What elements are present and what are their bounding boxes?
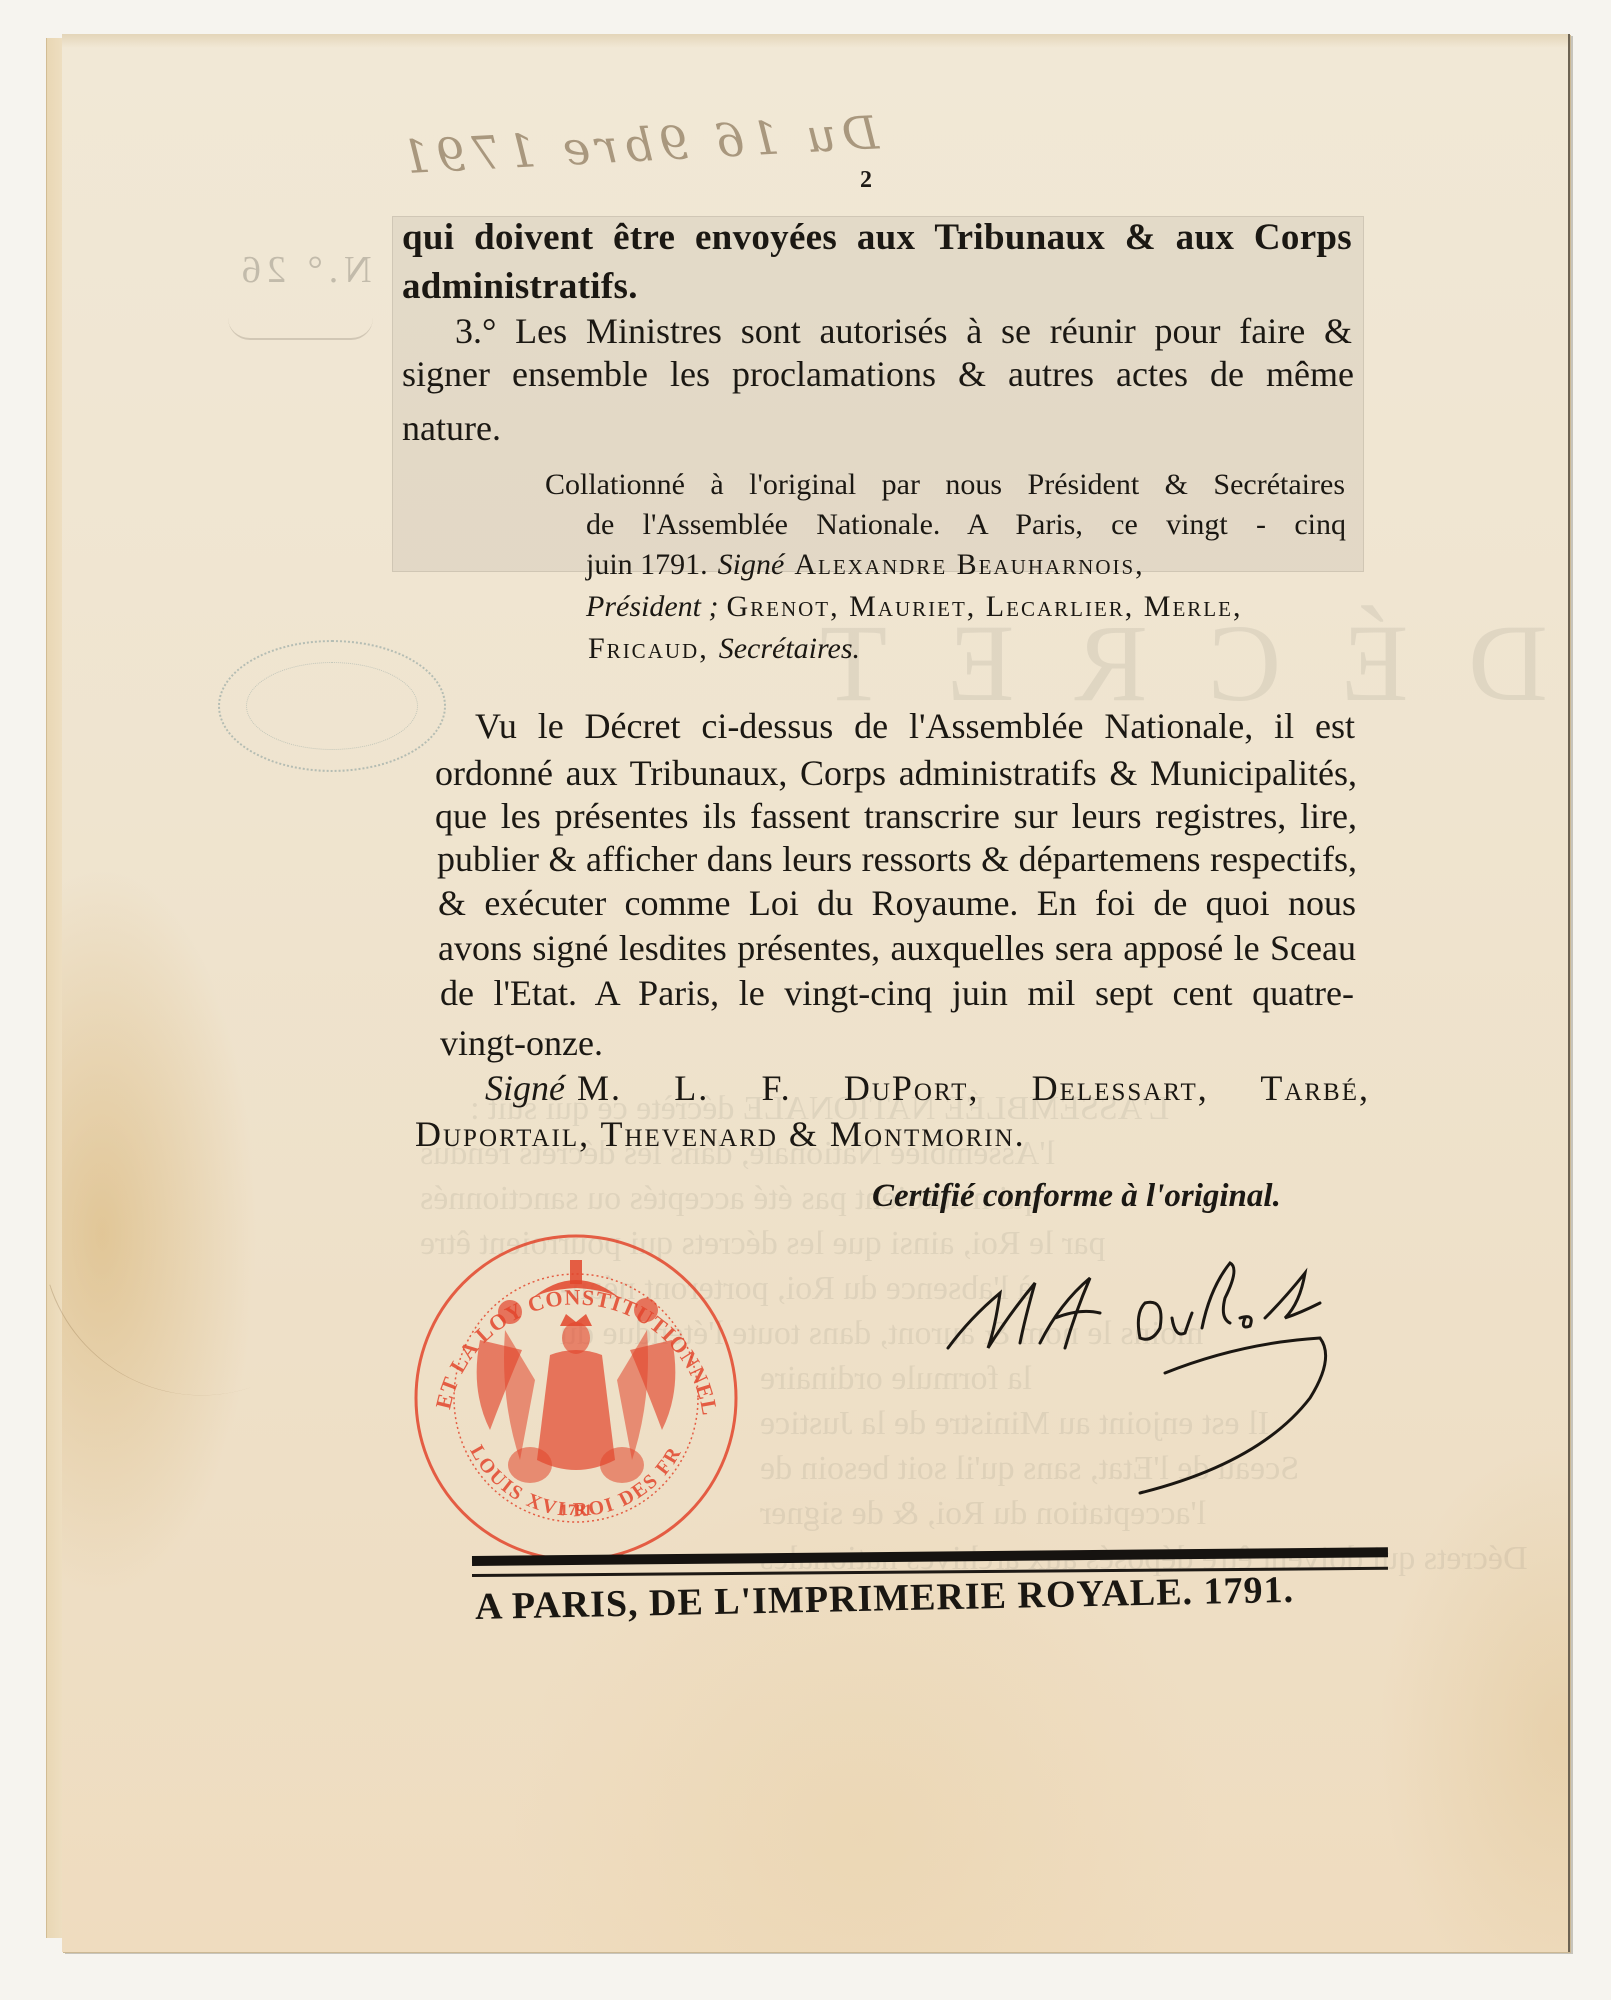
body-line: administratifs.: [402, 268, 638, 305]
secretaries-label: Secrétaires.: [719, 634, 860, 664]
oval-library-stamp: [218, 640, 446, 772]
signatories-line: Duportail, Thevenard & Montmorin.: [415, 1116, 1026, 1152]
handwritten-signature: [940, 1258, 1340, 1508]
president-name: Alexandre Beauharnois,: [794, 550, 1144, 580]
collation-line: Collationné à l'original par nous Présid…: [545, 470, 1345, 500]
secretary-name: Fricaud,: [588, 634, 709, 664]
certification-text: Certifié conforme à l'original.: [872, 1180, 1281, 1213]
signe-label: Signé: [718, 550, 785, 580]
proclamation-line: & exécuter comme Loi du Royaume. En foi …: [438, 885, 1356, 921]
collation-date: juin 1791.: [586, 550, 708, 580]
proclamation-line: que les présentes ils fassent transcrire…: [435, 798, 1357, 834]
president-label: Président ;: [586, 592, 718, 622]
proclamation-line: ordonné aux Tribunaux, Corps administrat…: [435, 755, 1357, 791]
body-line: signer ensemble les proclamations & autr…: [402, 356, 1354, 392]
article-3-line: 3.° Les Ministres sont autorisés à se ré…: [455, 313, 1352, 349]
collation-line: de l'Assemblée Nationale. A Paris, ce vi…: [586, 510, 1346, 540]
signe-label: Signé: [485, 1070, 565, 1106]
collation-line: Fricaud, Secrétaires.: [588, 634, 860, 664]
signatories-line: Signé M. L. F. DuPort, Delessart, Tarbé,: [485, 1070, 1370, 1106]
seal-date: 1791: [560, 1502, 592, 1519]
proclamation-line: vingt-onze.: [440, 1025, 603, 1061]
proclamation-line: Vu le Décret ci-dessus de l'Assemblée Na…: [475, 708, 1355, 744]
proclamation-line: publier & afficher dans leurs ressorts &…: [437, 841, 1357, 877]
proclamation-line: avons signé lesdites présentes, auxquell…: [438, 930, 1356, 966]
collation-line: Président ; Grenot, Mauriet, Lecarlier, …: [586, 592, 1356, 622]
page-number: 2: [860, 167, 872, 194]
minister-names: M. L. F. DuPort, Delessart, Tarbé,: [577, 1070, 1370, 1106]
margin-number-mark: N.° 26: [236, 248, 372, 292]
margin-flourish: [228, 318, 373, 340]
secretary-names: Grenot, Mauriet, Lecarlier, Merle,: [726, 592, 1242, 622]
body-line: qui doivent être envoyées aux Tribunaux …: [402, 219, 1352, 256]
body-line: nature.: [402, 410, 501, 446]
royal-seal-stamp: ET LA LOY CONSTITUTIONNELLE LOUIS XVI RO…: [410, 1230, 742, 1564]
water-stain: [49, 1235, 252, 1437]
collation-line: juin 1791. Signé Alexandre Beauharnois,: [586, 550, 1356, 580]
proclamation-line: de l'Etat. A Paris, le vingt-cinq juin m…: [440, 975, 1354, 1011]
